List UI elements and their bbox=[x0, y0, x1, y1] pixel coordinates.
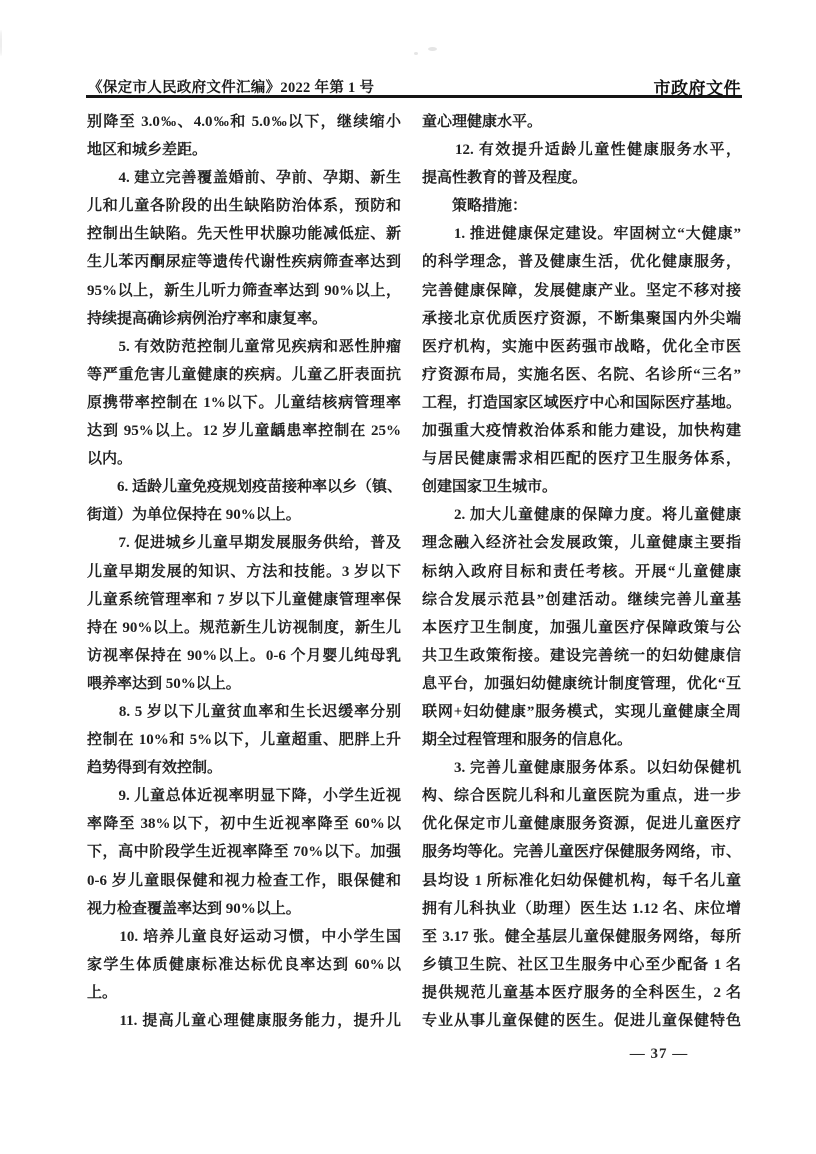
text-line: 完善健康保障，发展健康产业。坚定不移对接 bbox=[422, 277, 741, 305]
text-line: 6. 适龄儿童免疫规划疫苗接种率以乡（镇、 bbox=[87, 473, 401, 501]
text-line: 5. 有效防范控制儿童常见疾病和恶性肿瘤 bbox=[87, 333, 401, 361]
text-line: 10. 培养儿童良好运动习惯，中小学生国 bbox=[87, 923, 401, 951]
column-left: 别降至 3.0‰、4.0‰和 5.0‰以下，继续缩小地区和城乡差距。 4. 建立… bbox=[87, 108, 401, 1035]
text-line: 疗资源布局，实施名医、名院、名诊所“三名” bbox=[422, 361, 741, 389]
text-line: 的科学理念，普及健康生活，优化健康服务， bbox=[422, 248, 741, 276]
text-line: 9. 儿童总体近视率明显下降，小学生近视 bbox=[87, 782, 401, 810]
text-line: 医疗机构，实施中医药强市战略，优化全市医 bbox=[422, 333, 741, 361]
text-line: 下，高中阶段学生近视率降至 70%以下。加强 bbox=[87, 838, 401, 866]
text-line: 加强重大疫情救治体系和能力建设，加快构建 bbox=[422, 417, 741, 445]
text-line: 喂养率达到 50%以上。 bbox=[87, 670, 401, 698]
page-number: — 37 — bbox=[623, 1046, 695, 1063]
text-line: 期全过程管理和服务的信息化。 bbox=[422, 726, 741, 754]
text-line: 率降至 38%以下，初中生近视率降至 60%以 bbox=[87, 810, 401, 838]
text-line: 4. 建立完善覆盖婚前、孕前、孕期、新生 bbox=[87, 164, 401, 192]
scan-speck bbox=[414, 52, 418, 55]
text-line: 综合发展示范县”创建活动。继续完善儿童基 bbox=[422, 586, 741, 614]
text-line: 0-6 岁儿童眼保健和视力检查工作，眼保健和 bbox=[87, 867, 401, 895]
column-right: 童心理健康水平。 12. 有效提升适龄儿童性健康服务水平，提高性教育的普及程度。… bbox=[422, 108, 741, 1035]
text-line: 达到 95%以上。12 岁儿童龋患率控制在 25% bbox=[87, 417, 401, 445]
text-line: 县均设 1 所标准化妇幼保健机构，每千名儿童 bbox=[422, 867, 741, 895]
text-line: 构、综合医院儿科和儿童医院为重点，进一步 bbox=[422, 782, 741, 810]
text-line: 儿童系统管理率和 7 岁以下儿童健康管理率保 bbox=[87, 586, 401, 614]
text-line: 2. 加大儿童健康的保障力度。将儿童健康 bbox=[422, 501, 741, 529]
text-line: 与居民健康需求相匹配的医疗卫生服务体系， bbox=[422, 445, 741, 473]
text-line: 乡镇卫生院、社区卫生服务中心至少配备 1 名 bbox=[422, 951, 741, 979]
document-page: 《保定市人民政府文件汇编》2022 年第 1 号 市政府文件 别降至 3.0‰、… bbox=[0, 0, 816, 1154]
text-line: 联网+妇幼健康”服务模式，实现儿童健康全周 bbox=[422, 698, 741, 726]
text-line: 趋势得到有效控制。 bbox=[87, 754, 401, 782]
text-line: 共卫生政策衔接。建设完善统一的妇幼健康信 bbox=[422, 642, 741, 670]
text-line: 生儿苯丙酮尿症等遗传代谢性疾病筛查率达到 bbox=[87, 248, 401, 276]
text-line: 理念融入经济社会发展政策，儿童健康主要指 bbox=[422, 529, 741, 557]
text-line: 原携带率控制在 1%以下。儿童结核病管理率 bbox=[87, 389, 401, 417]
text-line: 街道）为单位保持在 90%以上。 bbox=[87, 501, 401, 529]
text-line: 息平台，加强妇幼健康统计制度管理，优化“互 bbox=[422, 670, 741, 698]
text-line: 地区和城乡差距。 bbox=[87, 136, 401, 164]
scan-edge-artifact bbox=[0, 30, 2, 56]
scan-speck bbox=[428, 47, 437, 51]
text-line: 持在 90%以上。规范新生儿访视制度，新生儿 bbox=[87, 614, 401, 642]
text-line: 服务均等化。完善儿童医疗保健服务网络，市、 bbox=[422, 838, 741, 866]
text-line: 别降至 3.0‰、4.0‰和 5.0‰以下，继续缩小 bbox=[87, 108, 401, 136]
text-line: 优化保定市儿童健康服务资源，促进儿童医疗 bbox=[422, 810, 741, 838]
text-line: 3. 完善儿童健康服务体系。以妇幼保健机 bbox=[422, 754, 741, 782]
text-line: 持续提高确诊病例治疗率和康复率。 bbox=[87, 305, 401, 333]
header-divider-rule bbox=[86, 95, 742, 98]
text-line: 童心理健康水平。 bbox=[422, 108, 741, 136]
text-line: 家学生体质健康标准达标优良率达到 60%以 bbox=[87, 951, 401, 979]
text-line: 等严重危害儿童健康的疾病。儿童乙肝表面抗 bbox=[87, 361, 401, 389]
text-line: 承接北京优质医疗资源，不断集聚国内外尖端 bbox=[422, 305, 741, 333]
text-line: 标纳入政府目标和责任考核。开展“儿童健康 bbox=[422, 558, 741, 586]
text-line: 视力检查覆盖率达到 90%以上。 bbox=[87, 895, 401, 923]
text-line: 工程，打造国家区域医疗中心和国际医疗基地。 bbox=[422, 389, 741, 417]
text-line: 控制出生缺陷。先天性甲状腺功能减低症、新 bbox=[87, 220, 401, 248]
text-line: 本医疗卫生制度，加强儿童医疗保障政策与公 bbox=[422, 614, 741, 642]
text-line: 8. 5 岁以下儿童贫血率和生长迟缓率分别 bbox=[87, 698, 401, 726]
text-line: 控制在 10%和 5%以下，儿童超重、肥胖上升 bbox=[87, 726, 401, 754]
text-line: 11. 提高儿童心理健康服务能力，提升儿 bbox=[87, 1007, 401, 1035]
text-line: 以内。 bbox=[87, 445, 401, 473]
text-line: 专业从事儿童保健的医生。促进儿童保健特色 bbox=[422, 1007, 741, 1035]
text-line: 儿童早期发展的知识、方法和技能。3 岁以下 bbox=[87, 558, 401, 586]
text-line: 12. 有效提升适龄儿童性健康服务水平， bbox=[422, 136, 741, 164]
text-line: 至 3.17 张。健全基层儿童保健服务网络，每所 bbox=[422, 923, 741, 951]
text-line: 上。 bbox=[87, 979, 401, 1007]
text-line: 拥有儿科执业（助理）医生达 1.12 名、床位增 bbox=[422, 895, 741, 923]
text-line: 策略措施： bbox=[422, 192, 741, 220]
text-line: 创建国家卫生城市。 bbox=[422, 473, 741, 501]
text-line: 7. 促进城乡儿童早期发展服务供给，普及 bbox=[87, 529, 401, 557]
text-line: 95%以上，新生儿听力筛查率达到 90%以上， bbox=[87, 277, 401, 305]
header-compilation-title: 《保定市人民政府文件汇编》2022 年第 1 号 bbox=[88, 76, 374, 97]
text-line: 提高性教育的普及程度。 bbox=[422, 164, 741, 192]
text-line: 儿和儿童各阶段的出生缺陷防治体系，预防和 bbox=[87, 192, 401, 220]
text-line: 访视率保持在 90%以上。0-6 个月婴儿纯母乳 bbox=[87, 642, 401, 670]
text-line: 提供规范儿童基本医疗服务的全科医生，2 名 bbox=[422, 979, 741, 1007]
text-line: 1. 推进健康保定建设。牢固树立“大健康” bbox=[422, 220, 741, 248]
